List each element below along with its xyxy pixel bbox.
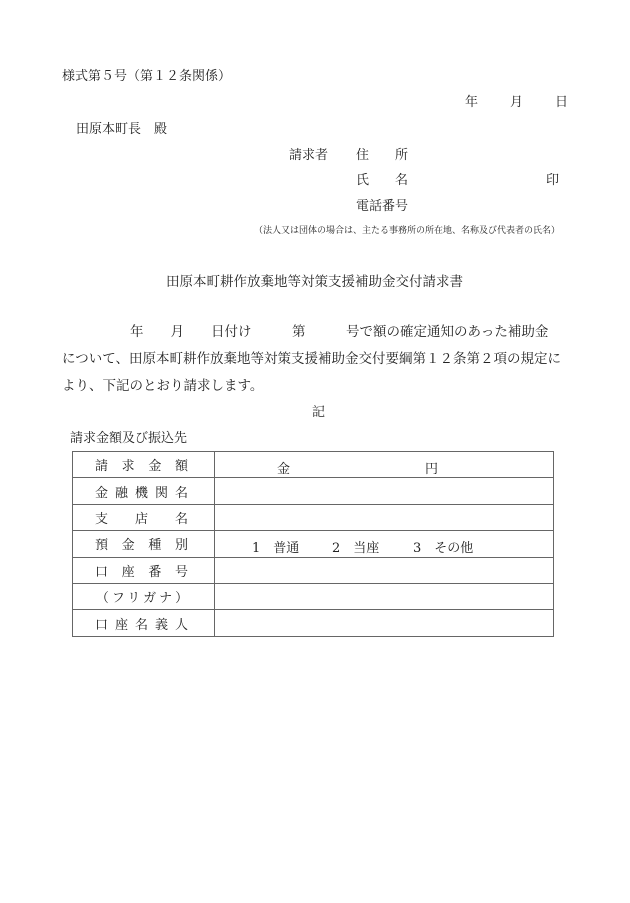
option-other[interactable]: 3 その他 <box>413 537 473 556</box>
amount-field[interactable]: 金 円 <box>215 452 554 478</box>
label-furigana: （フリガナ） <box>73 583 215 609</box>
label-account-type: 預 金 種 別 <box>73 531 215 557</box>
kin-label: 金 <box>277 458 290 477</box>
date-day: 日 <box>555 96 568 109</box>
document-title: 田原本町耕作放棄地等対策支援補助金交付請求書 <box>166 276 463 290</box>
account-holder-field[interactable] <box>215 610 554 636</box>
table-row-bank-name: 金 融 機 関 名 <box>73 478 554 504</box>
account-type-field[interactable]: 1 普通 2 当座 3 その他 <box>215 531 554 557</box>
label-account-number: 口 座 番 号 <box>73 557 215 583</box>
table-row-amount: 請 求 金 額 金 円 <box>73 452 554 478</box>
name-label: 氏 名 <box>356 174 408 187</box>
body-line-1: 年 月 日付け 第 号で額の確定通知のあった補助金 <box>130 326 548 340</box>
label-amount: 請 求 金 額 <box>73 452 215 478</box>
body-line-3: より、下記のとおり請求します。 <box>62 380 263 394</box>
addressee: 田原本町長 殿 <box>76 123 167 136</box>
bank-transfer-table: 請 求 金 額 金 円 金 融 機 関 名 支 <box>72 451 554 637</box>
table-row-account-holder: 口 座 名 義 人 <box>73 610 554 636</box>
section-title: 請求金額及び振込先 <box>70 432 187 445</box>
branch-field[interactable] <box>215 504 554 530</box>
account-number-field[interactable] <box>215 557 554 583</box>
date-month: 月 <box>510 96 523 109</box>
option-ordinary[interactable]: 1 普通 <box>252 537 299 556</box>
phone-label: 電話番号 <box>356 200 408 213</box>
body-line-2: について、田原本町耕作放棄地等対策支援補助金交付要綱第１２条第２項の規定に <box>62 353 561 367</box>
date-year: 年 <box>465 96 478 109</box>
form-number: 様式第５号（第１２条関係） <box>62 70 231 83</box>
label-bank-name: 金 融 機 関 名 <box>73 478 215 504</box>
table-row-account-type: 預 金 種 別 1 普通 2 当座 3 その他 <box>73 531 554 557</box>
furigana-field[interactable] <box>215 583 554 609</box>
option-current[interactable]: 2 当座 <box>332 537 379 556</box>
address-label: 住 所 <box>356 149 408 162</box>
table-row-furigana: （フリガナ） <box>73 583 554 609</box>
seal-mark: 印 <box>546 174 559 187</box>
table-row-account-number: 口 座 番 号 <box>73 557 554 583</box>
date-field[interactable]: 年月日 <box>465 96 568 109</box>
corporate-note: （法人又は団体の場合は、主たる事務所の所在地、名称及び代表者の氏名） <box>254 227 560 236</box>
ki-heading: 記 <box>312 406 325 419</box>
yen-label: 円 <box>425 458 438 477</box>
bank-name-field[interactable] <box>215 478 554 504</box>
table-row-branch: 支 店 名 <box>73 504 554 530</box>
label-branch: 支 店 名 <box>73 504 215 530</box>
label-account-holder: 口 座 名 義 人 <box>73 610 215 636</box>
requester-label: 請求者 <box>289 149 328 162</box>
